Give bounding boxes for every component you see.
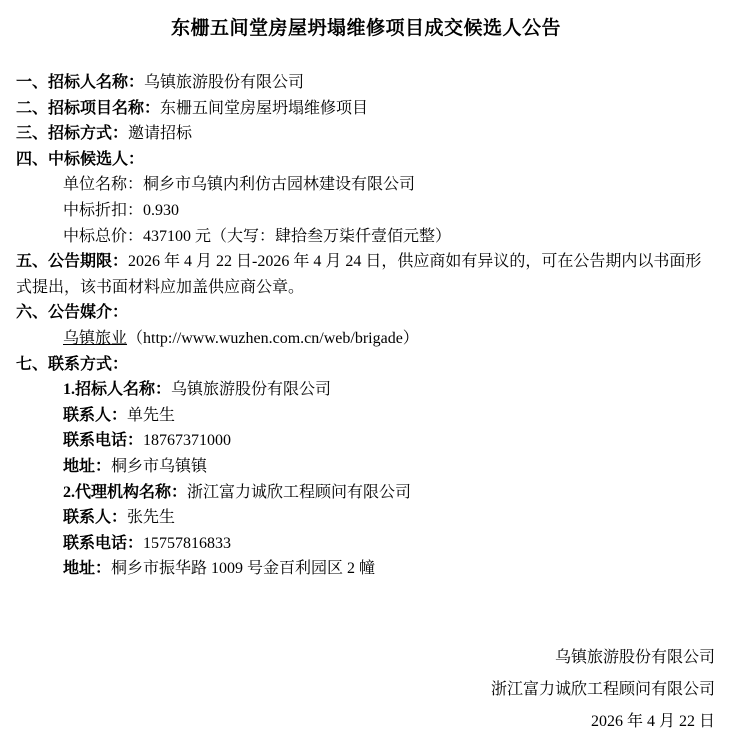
wuzhen-travel-link[interactable]: 乌镇旅业: [63, 330, 127, 347]
contact2-agency-name: 2.代理机构名称：浙江富力诚欣工程顾问有限公司: [16, 480, 714, 506]
contact2-address: 地址：桐乡市振华路 1009 号金百利园区 2 幢: [16, 556, 714, 582]
line-label: 一、招标人名称：: [16, 74, 144, 91]
line-value: 15757816833: [143, 535, 231, 552]
line-value: 乌镇旅游股份有限公司: [144, 74, 304, 91]
line-label: 地址：: [63, 560, 111, 577]
contact1-person: 联系人：单先生: [16, 403, 714, 429]
line-value: 中标总价：437100 元（大写：肆拾叁万柒仟壹佰元整）: [63, 228, 451, 245]
line-label: 七、联系方式：: [16, 356, 128, 373]
section-announcement-media: 六、公告媒介：: [16, 300, 714, 326]
section-project-name: 二、招标项目名称：东栅五间堂房屋坍塌维修项目: [16, 96, 714, 122]
line-label: 五、公告期限：: [16, 253, 128, 270]
line-value: 桐乡市振华路 1009 号金百利园区 2 幢: [111, 560, 375, 577]
candidate-discount: 中标折扣：0.930: [16, 198, 714, 224]
signature-bidder-company: 乌镇旅游股份有限公司: [0, 642, 715, 674]
line-value: 张先生: [127, 509, 175, 526]
line-label: 联系人：: [63, 407, 127, 424]
line-label: 四、中标候选人：: [16, 151, 144, 168]
line-value: 乌镇旅游股份有限公司: [171, 381, 331, 398]
section-winning-candidate: 四、中标候选人：: [16, 147, 714, 173]
line-label: 1.招标人名称：: [63, 381, 171, 398]
line-label: 地址：: [63, 458, 111, 475]
line-value: 东栅五间堂房屋坍塌维修项目: [160, 100, 368, 117]
page-title: 东栅五间堂房屋坍塌维修项目成交候选人公告: [0, 0, 732, 42]
contact2-person: 联系人：张先生: [16, 505, 714, 531]
line-label: 联系电话：: [63, 535, 143, 552]
announcement-document: 东栅五间堂房屋坍塌维修项目成交候选人公告 一、招标人名称：乌镇旅游股份有限公司 …: [0, 0, 732, 753]
signature-agency-company: 浙江富力诚欣工程顾问有限公司: [0, 674, 715, 706]
contact1-bidder-name: 1.招标人名称：乌镇旅游股份有限公司: [16, 377, 714, 403]
line-value: 邀请招标: [128, 125, 192, 142]
document-body: 一、招标人名称：乌镇旅游股份有限公司 二、招标项目名称：东栅五间堂房屋坍塌维修项…: [0, 70, 732, 582]
line-value: 18767371000: [143, 432, 231, 449]
media-link-line: 乌镇旅业（http://www.wuzhen.com.cn/web/brigad…: [16, 326, 714, 352]
section-announcement-period: 五、公告期限：2026 年 4 月 22 日-2026 年 4 月 24 日，供…: [16, 249, 714, 300]
candidate-unit-name: 单位名称：桐乡市乌镇内利仿古园林建设有限公司: [16, 172, 714, 198]
signature-date: 2026 年 4 月 22 日: [0, 706, 715, 738]
line-label: 联系电话：: [63, 432, 143, 449]
signature-block: 乌镇旅游股份有限公司 浙江富力诚欣工程顾问有限公司 2026 年 4 月 22 …: [0, 642, 732, 738]
line-value: 单先生: [127, 407, 175, 424]
line-label: 三、招标方式：: [16, 125, 128, 142]
line-value: 单位名称：桐乡市乌镇内利仿古园林建设有限公司: [63, 176, 415, 193]
section-bid-method: 三、招标方式：邀请招标: [16, 121, 714, 147]
line-value: 浙江富力诚欣工程顾问有限公司: [187, 484, 411, 501]
contact2-phone: 联系电话：15757816833: [16, 531, 714, 557]
line-label: 二、招标项目名称：: [16, 100, 160, 117]
media-link-url: （http://www.wuzhen.com.cn/web/brigade）: [127, 330, 419, 347]
line-label: 2.代理机构名称：: [63, 484, 187, 501]
line-label: 六、公告媒介：: [16, 304, 128, 321]
section-contact-info: 七、联系方式：: [16, 352, 714, 378]
contact1-phone: 联系电话：18767371000: [16, 428, 714, 454]
section-bidder-name: 一、招标人名称：乌镇旅游股份有限公司: [16, 70, 714, 96]
line-label: 联系人：: [63, 509, 127, 526]
candidate-total-price: 中标总价：437100 元（大写：肆拾叁万柒仟壹佰元整）: [16, 224, 714, 250]
line-value: 桐乡市乌镇镇: [111, 458, 207, 475]
line-value: 中标折扣：0.930: [63, 202, 179, 219]
contact1-address: 地址：桐乡市乌镇镇: [16, 454, 714, 480]
